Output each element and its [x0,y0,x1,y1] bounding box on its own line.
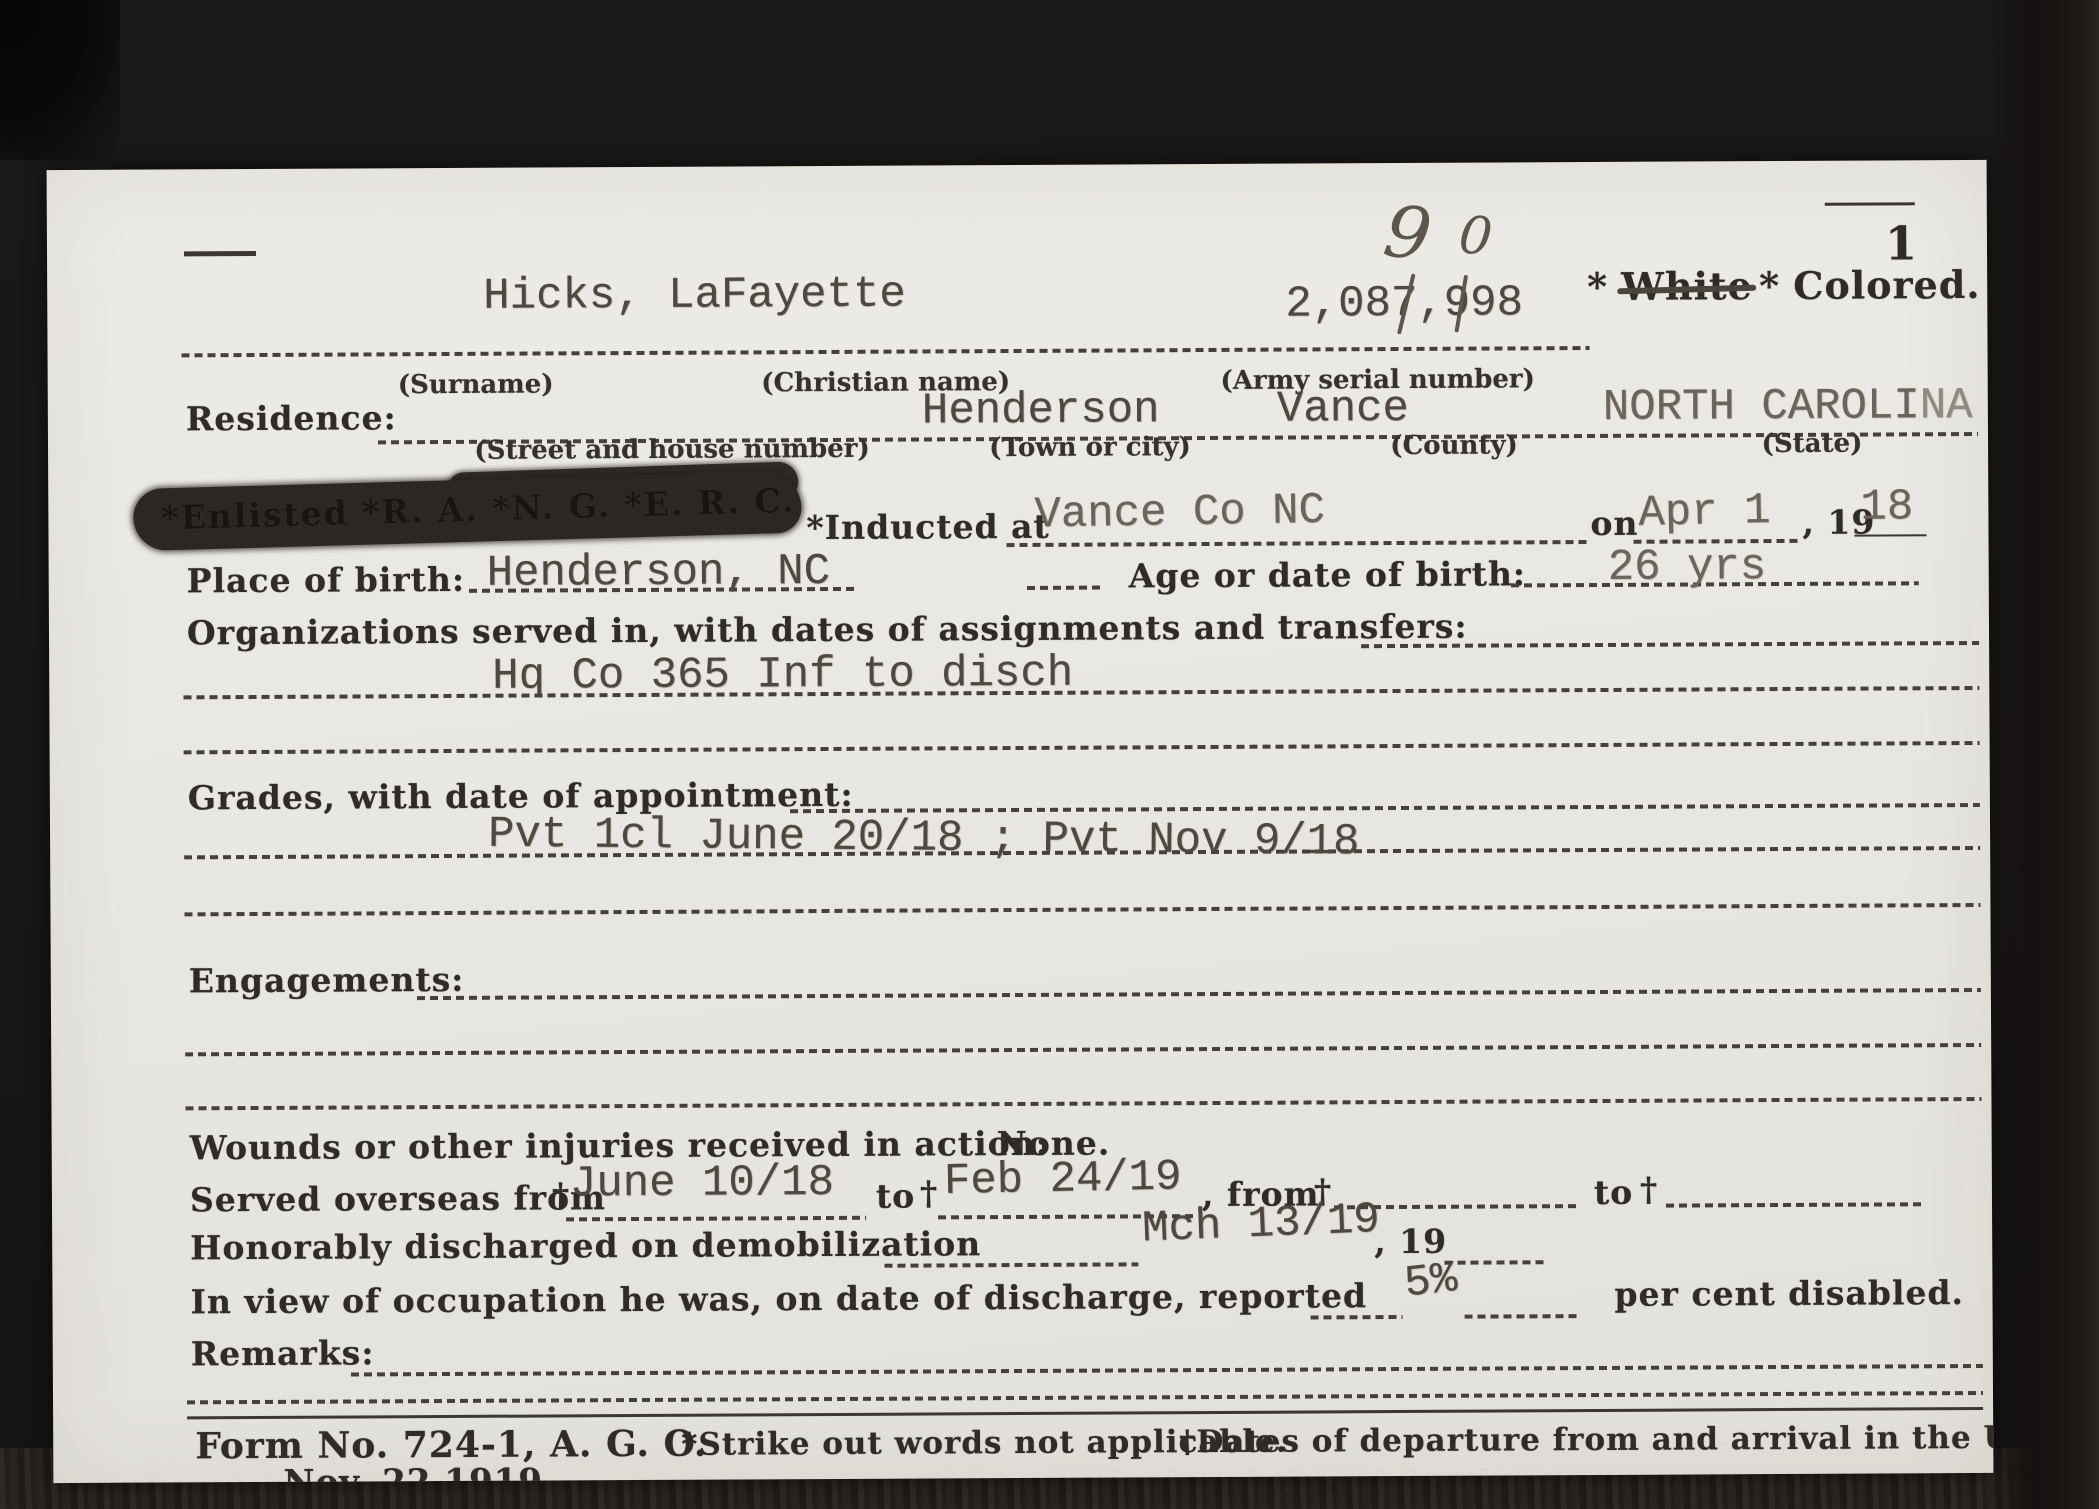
dagger-icon: † [920,1173,938,1212]
age-leading-line [1027,586,1105,590]
residence-state-value: NORTH CAROLINA [1603,381,1973,433]
disability-suffix: per cent disabled. [1614,1273,1964,1314]
grades-value: Pvt 1cl June 20/18 ; Pvt Nov 9/18 [488,810,1360,868]
state-main: NORTH CAROLI [1603,381,1920,433]
race-star: * [1759,263,1780,308]
state-label: (State) [1762,429,1863,460]
record-card: 1 Hicks, LaFayette 2,087,998 9 0 * White… [47,160,1994,1483]
induction-date-value: Apr 1 [1638,486,1771,539]
induction-year-value: 18 [1860,482,1913,532]
discharge-label: Honorably discharged on demobilization [190,1224,981,1267]
engagements-line-3 [185,1097,1981,1110]
residence-county-value: Vance [1277,384,1409,435]
inducted-place-line [1007,540,1592,547]
disability-line-1 [1311,1315,1403,1319]
residence-town-value: Henderson [922,385,1160,436]
overseas-from1-value: June 10/18 [570,1158,834,1209]
grades-line-1 [790,803,1980,813]
age-label: Age or date of birth: [1129,554,1527,595]
form-number: Form No. 724-1, A. G. O. [195,1423,707,1468]
organizations-line-3 [184,741,1980,754]
remarks-line-1 [351,1364,1983,1377]
town-label: (Town or city) [989,432,1191,463]
dagger-note: †Dates of departure from and arrival in … [1179,1420,1993,1461]
residence-label: Residence: [186,398,397,438]
name-row-line [182,346,1590,357]
overseas-label: Served overseas from [190,1178,606,1219]
page-number-rule [1825,202,1915,205]
overseas-to1-value: Feb 24/19 [943,1153,1182,1208]
scan-right-border [1989,0,2099,1509]
form-date: Nov. 22 1919 [283,1462,543,1484]
serial-correction-digit: 0 [1456,205,1495,268]
disability-line-2 [1465,1314,1577,1319]
state-tail: NA [1920,381,1973,431]
disability-value: 5% [1402,1254,1460,1309]
name-value: Hicks, LaFayette [483,270,906,322]
race-star: * [1587,264,1608,309]
inducted-at-label: *Inducted at [806,507,1049,547]
discharge-line-1 [884,1262,1138,1267]
overseas-line-1 [566,1216,866,1222]
overseas-line-4 [1666,1202,1922,1207]
grades-line-3 [184,903,1980,916]
scan-corner-shadow [0,0,120,160]
engagements-line-1 [417,988,1981,1000]
place-of-birth-label: Place of birth: [187,560,466,600]
remarks-label: Remarks: [191,1333,375,1373]
race-colored-label: Colored. [1793,262,1981,308]
organizations-label: Organizations served in, with dates of a… [187,607,1468,653]
surname-label: (Surname) [398,369,554,400]
discharge-line-2 [1444,1260,1544,1265]
struck-enlistment-options: *Enlisted *R. A. *N. G. *E. R. C. [161,481,796,538]
county-label: (County) [1390,430,1518,461]
dagger-icon: † [1640,1170,1658,1209]
dagger-icon: † [552,1175,570,1214]
inducted-place-value: Vance Co NC [1034,486,1325,541]
overseas-to2-label: to [1594,1173,1633,1212]
engagements-label: Engagements: [189,960,465,1000]
discharge-date-value: Mch 13/19 [1141,1195,1380,1254]
age-value: 26 yrs [1608,542,1767,593]
serial-correction-digit: 9 [1379,188,1437,278]
race-white-struck: White [1621,263,1753,309]
redaction-bar: *Enlisted *R. A. *N. G. *E. R. C. [133,471,802,552]
race-white-label: White [1621,263,1753,309]
street-label: (Street and house number) [474,434,869,466]
corner-mark [184,251,256,256]
on-label: on [1590,504,1638,543]
footer-rule [187,1407,1983,1419]
engagements-line-2 [185,1043,1981,1056]
overseas-to-label: to [876,1177,915,1216]
disability-label: In view of occupation he was, on date of… [190,1276,1367,1321]
year-underline [1855,534,1927,536]
organizations-line-2 [183,686,1979,699]
birth-place-value: Henderson, NC [487,547,831,599]
scanned-service-record: 1 Hicks, LaFayette 2,087,998 9 0 * White… [0,0,2099,1509]
remarks-line-2 [187,1391,1983,1404]
